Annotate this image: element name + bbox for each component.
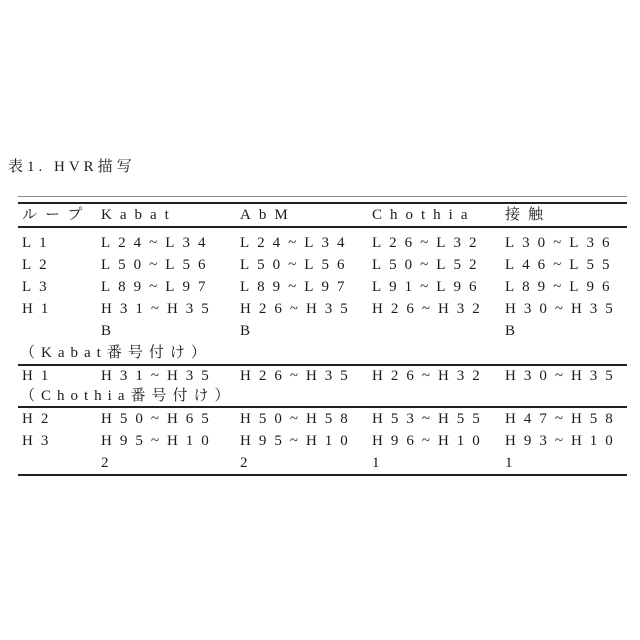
cell-loop: H1: [22, 298, 101, 342]
cell-kabat: L89~L97: [101, 276, 240, 298]
cell-contact: H30~H35: [505, 366, 627, 386]
table-row: H1 H31~H35 B H26~H35 B H26~H32 H30~H35 B: [18, 298, 627, 342]
cell-kabat: H95~H10 2: [101, 430, 240, 474]
section-chothia-numbering: H1 H31~H35 H26~H35 H26~H32 H30~H35 （Chot…: [18, 366, 627, 406]
cell-chothia: H96~H10 1: [372, 430, 505, 474]
column-header-chothia: Chothia: [372, 204, 505, 226]
table-top-thin-rule: [18, 196, 627, 197]
table-row: L1 L24~L34 L24~L34 L26~L32 L30~L36: [18, 232, 627, 254]
kabat-numbering-note: （Kabat番号付け）: [18, 342, 627, 364]
column-header-contact: 接触: [505, 204, 627, 226]
table-title: 表1. HVR描写: [8, 157, 136, 177]
column-header-kabat: Kabat: [101, 204, 240, 226]
table-row: H3 H95~H10 2 H95~H10 2 H96~H10 1 H93~H10…: [18, 430, 627, 474]
cell-abm: H95~H10 2: [240, 430, 372, 474]
cell-loop: L2: [22, 254, 101, 276]
hvr-definition-table: ループ Kabat AbM Chothia 接触 L1 L24~L34 L24~…: [18, 196, 627, 476]
cell-loop: H1: [22, 366, 101, 386]
cell-kabat: H31~H35: [101, 366, 240, 386]
cell-abm: H26~H35: [240, 366, 372, 386]
cell-chothia: L26~L32: [372, 232, 505, 254]
cell-loop: H2: [22, 408, 101, 430]
cell-loop: L3: [22, 276, 101, 298]
cell-contact: L30~L36: [505, 232, 627, 254]
cell-chothia: L50~L52: [372, 254, 505, 276]
cell-kabat: L24~L34: [101, 232, 240, 254]
chothia-numbering-note: （Chothia番号付け）: [18, 386, 627, 406]
cell-contact: L46~L55: [505, 254, 627, 276]
cell-chothia: H53~H55: [372, 408, 505, 430]
column-header-loop: ループ: [22, 204, 101, 226]
cell-contact: H30~H35 B: [505, 298, 627, 342]
cell-loop: H3: [22, 430, 101, 474]
cell-chothia: L91~L96: [372, 276, 505, 298]
cell-kabat: H50~H65: [101, 408, 240, 430]
cell-abm: H26~H35 B: [240, 298, 372, 342]
cell-contact: H93~H10 1: [505, 430, 627, 474]
table-bottom-rule: [18, 474, 627, 476]
cell-abm: L50~L56: [240, 254, 372, 276]
cell-abm: L89~L97: [240, 276, 372, 298]
section-h2-h3: H2 H50~H65 H50~H58 H53~H55 H47~H58 H3 H9…: [18, 408, 627, 474]
section-kabat-numbering: L1 L24~L34 L24~L34 L26~L32 L30~L36 L2 L5…: [18, 228, 627, 364]
cell-chothia: H26~H32: [372, 298, 505, 342]
table-row: H2 H50~H65 H50~H58 H53~H55 H47~H58: [18, 408, 627, 430]
cell-kabat: H31~H35 B: [101, 298, 240, 342]
cell-contact: L89~L96: [505, 276, 627, 298]
table-row: H1 H31~H35 H26~H35 H26~H32 H30~H35: [18, 366, 627, 386]
table-header-row: ループ Kabat AbM Chothia 接触: [18, 204, 627, 226]
cell-chothia: H26~H32: [372, 366, 505, 386]
table-row: L2 L50~L56 L50~L56 L50~L52 L46~L55: [18, 254, 627, 276]
cell-abm: H50~H58: [240, 408, 372, 430]
cell-contact: H47~H58: [505, 408, 627, 430]
cell-kabat: L50~L56: [101, 254, 240, 276]
cell-loop: L1: [22, 232, 101, 254]
column-header-abm: AbM: [240, 204, 372, 226]
table-row: L3 L89~L97 L89~L97 L91~L96 L89~L96: [18, 276, 627, 298]
cell-abm: L24~L34: [240, 232, 372, 254]
